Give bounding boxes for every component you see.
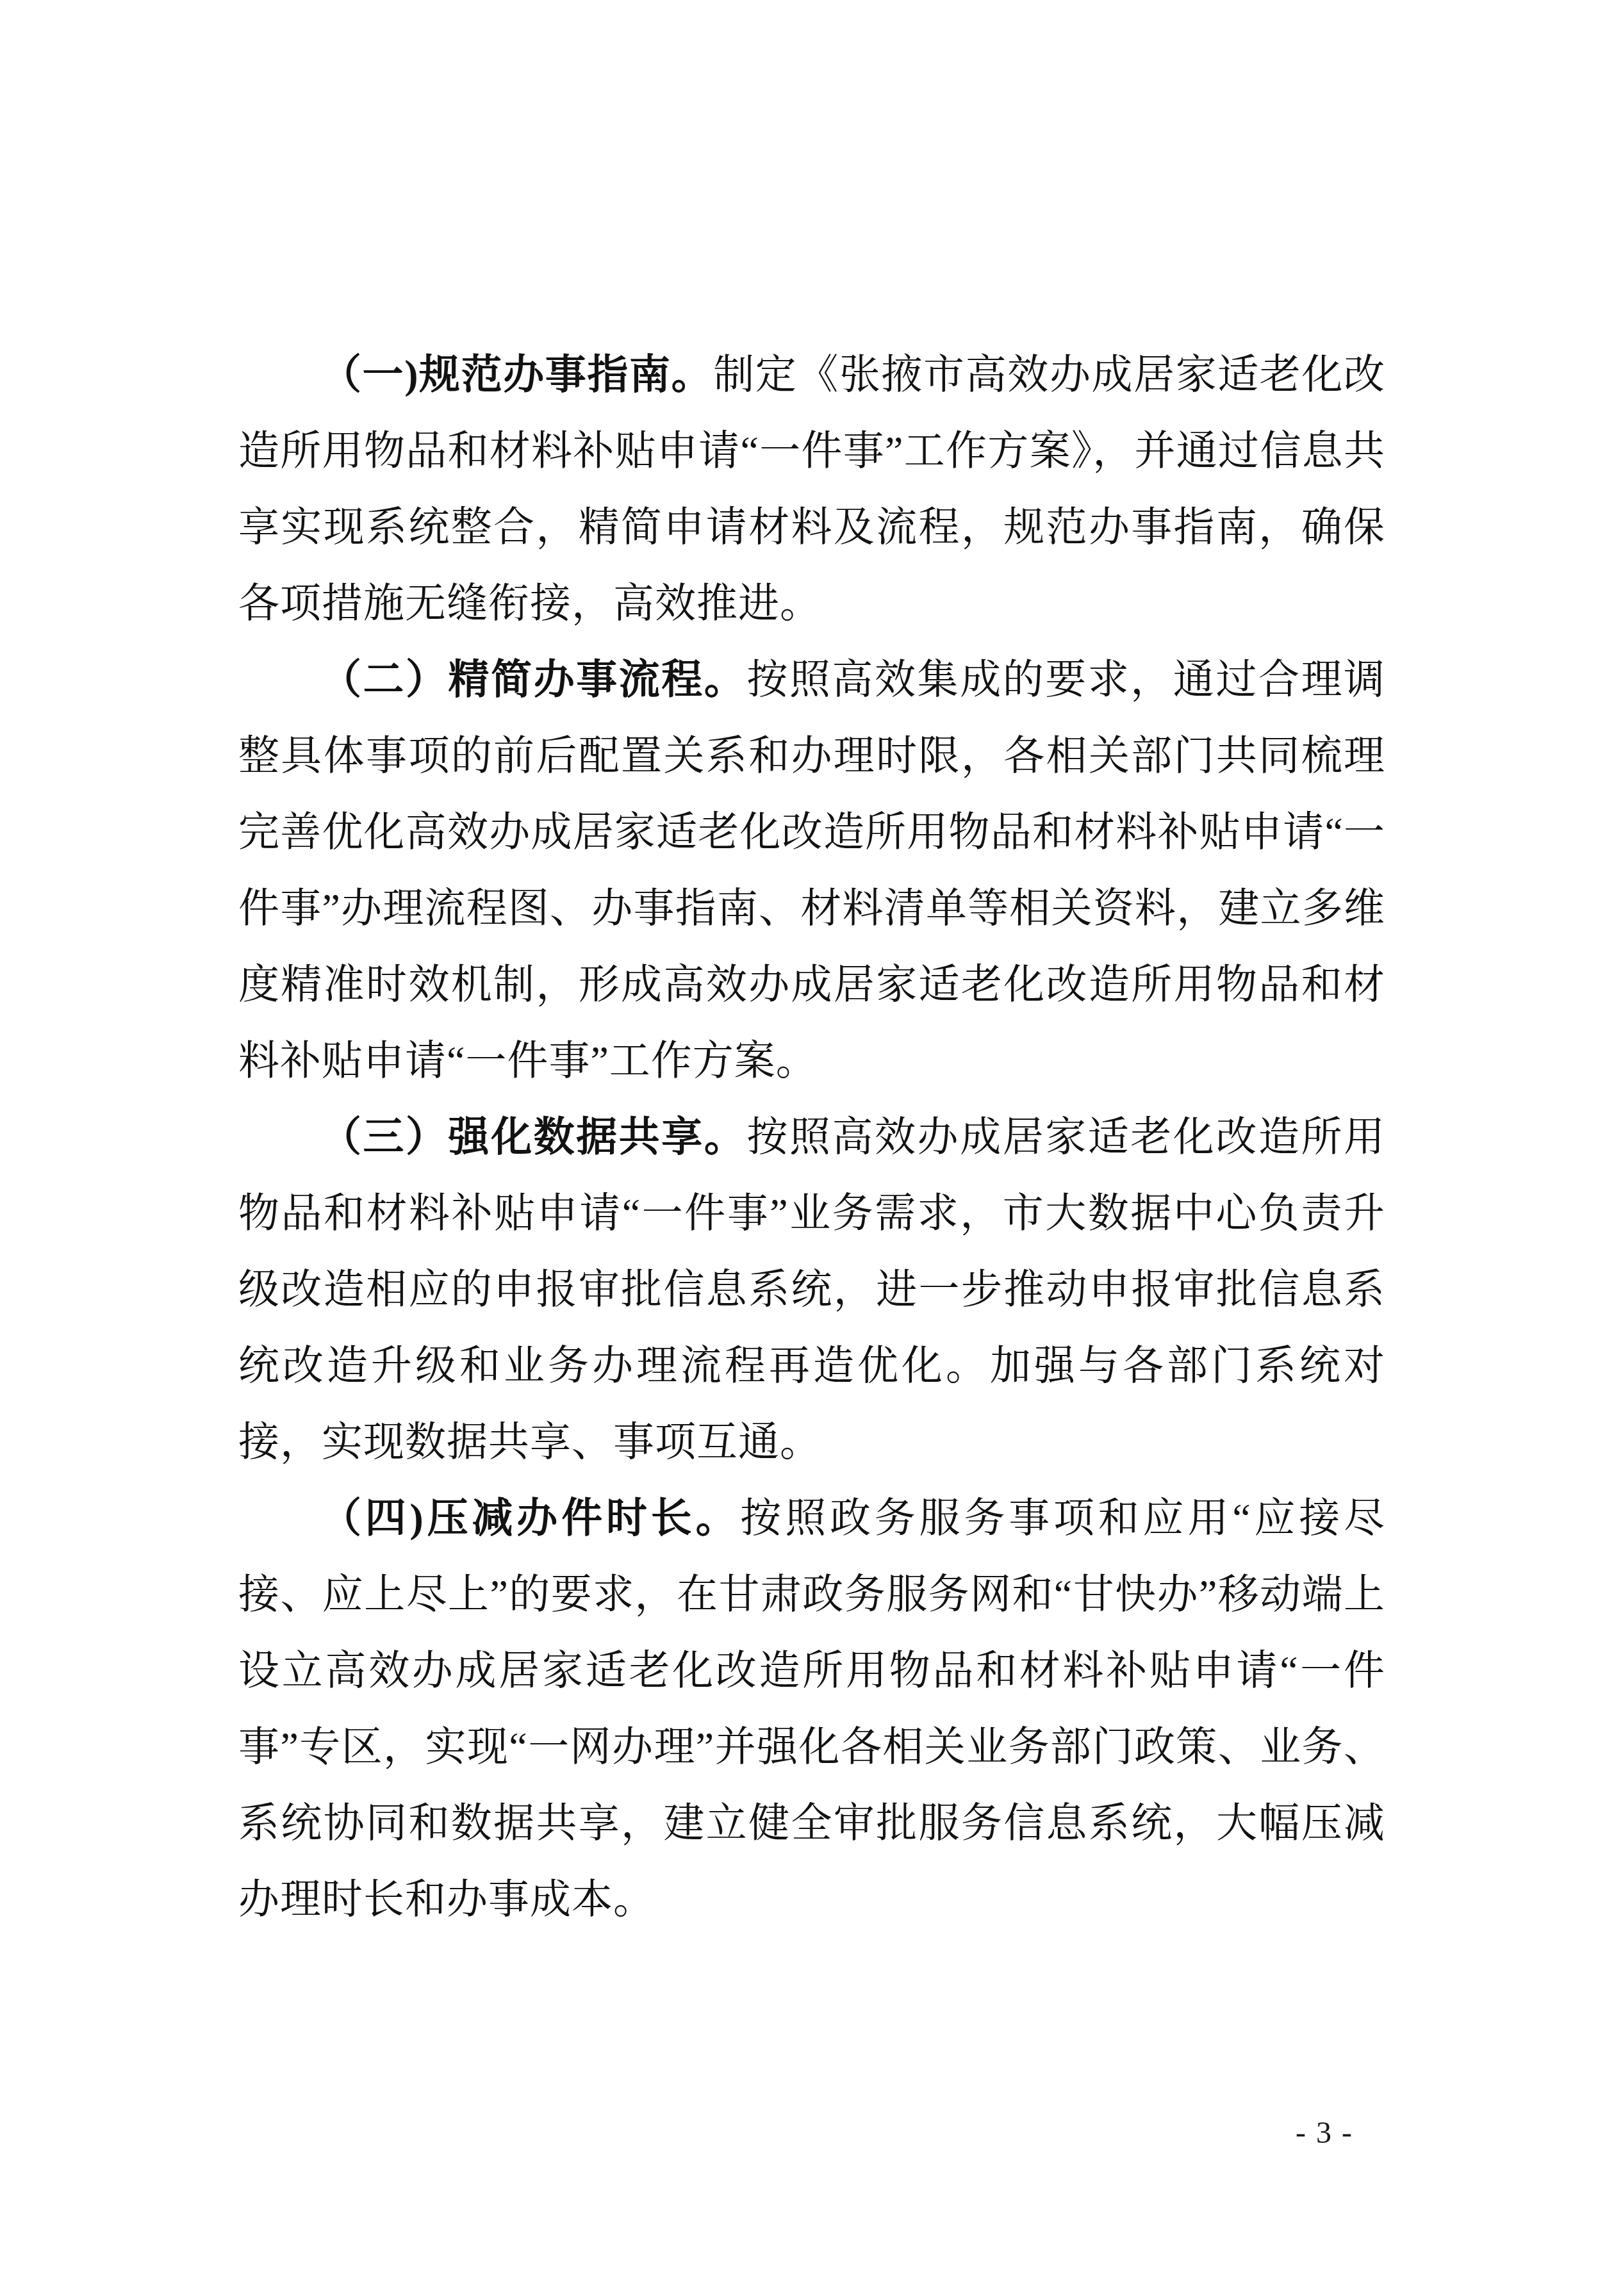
paragraph: （一)规范办事指南。制定《张掖市高效办成居家适老化改造所用物品和材料补贴申请“一… (238, 336, 1385, 641)
paragraph-heading: （二）精简办事流程。 (320, 657, 746, 702)
paragraph-heading: （一)规范办事指南。 (320, 352, 713, 397)
paragraph-heading: （三）强化数据共享。 (320, 1114, 746, 1160)
paragraph-body: 按照高效办成居家适老化改造所用物品和材料补贴申请“一件事”业务需求，市大数据中心… (238, 1114, 1385, 1464)
document-body: （一)规范办事指南。制定《张掖市高效办成居家适老化改造所用物品和材料补贴申请“一… (238, 336, 1385, 1937)
document-page: （一)规范办事指南。制定《张掖市高效办成居家适老化改造所用物品和材料补贴申请“一… (0, 0, 1623, 2296)
page-number: - 3 - (1296, 2115, 1353, 2151)
paragraph-body: 按照政务服务事项和应用“应接尽接、应上尽上”的要求，在甘肃政务服务网和“甘快办”… (238, 1495, 1385, 1922)
paragraph: （三）强化数据共享。按照高效办成居家适老化改造所用物品和材料补贴申请“一件事”业… (238, 1099, 1385, 1480)
paragraph: （二）精简办事流程。按照高效集成的要求，通过合理调整具体事项的前后配置关系和办理… (238, 641, 1385, 1099)
paragraph: （四)压减办件时长。按照政务服务事项和应用“应接尽接、应上尽上”的要求，在甘肃政… (238, 1480, 1385, 1937)
paragraph-heading: （四)压减办件时长。 (320, 1495, 740, 1541)
paragraph-body: 按照高效集成的要求，通过合理调整具体事项的前后配置关系和办理时限，各相关部门共同… (238, 657, 1385, 1083)
